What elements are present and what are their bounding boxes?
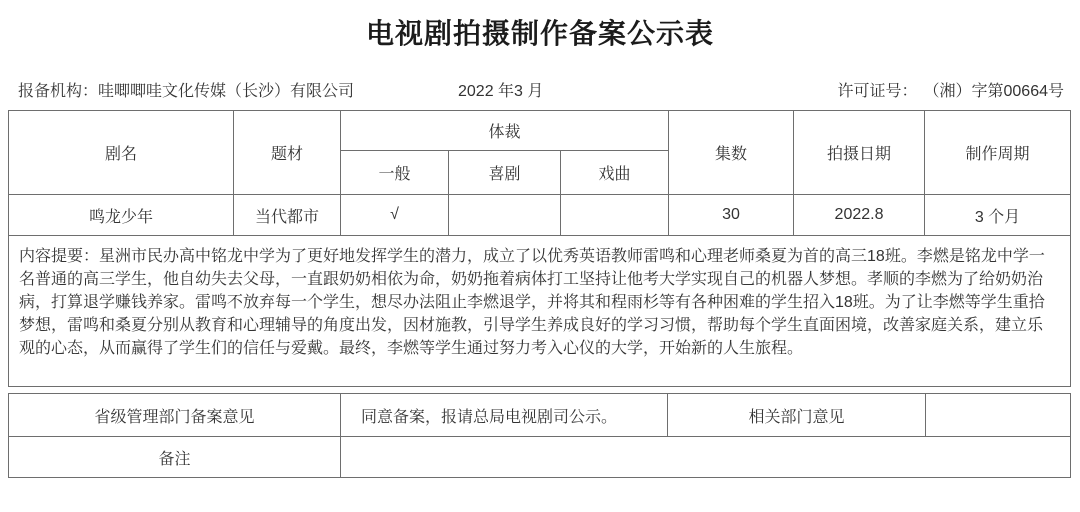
cell-genre-comedy [449,195,561,236]
content-summary-text: 星洲市民办高中铭龙中学为了更好地发挥学生的潜力，成立了以优秀英语教师雷鸣和心理老… [19,248,1045,357]
related-department-label: 相关部门意见 [668,394,926,437]
cell-drama-name: 鸣龙少年 [9,195,234,236]
cell-genre-general-checkmark: √ [341,195,449,236]
header-episodes: 集数 [669,111,794,195]
cell-episodes: 30 [669,195,794,236]
header-drama-name: 剧名 [9,111,234,195]
opinions-table: 省级管理部门备案意见 同意备案，报请总局电视剧司公示。 相关部门意见 备注 [8,393,1071,478]
header-shooting-date: 拍摄日期 [794,111,925,195]
cell-shooting-date: 2022.8 [794,195,925,236]
license-number: 许可证号：（湘）字第00664号 [837,78,1064,101]
header-genre-comedy: 喜剧 [449,151,561,195]
main-table: 剧名 题材 体裁 集数 拍摄日期 制作周期 一般 喜剧 戏曲 鸣龙少年 当代都市… [8,110,1071,387]
table-row: 鸣龙少年 当代都市 √ 30 2022.8 3 个月 [9,195,1071,236]
cell-production-period: 3 个月 [925,195,1071,236]
provincial-opinion-label: 省级管理部门备案意见 [9,394,341,437]
header-genre-opera: 戏曲 [561,151,669,195]
reporting-agency-label: 报备机构： [18,83,98,100]
cell-subject: 当代都市 [234,195,341,236]
header-genre: 体裁 [341,111,669,151]
header-production-period: 制作周期 [925,111,1071,195]
cell-genre-opera [561,195,669,236]
license-value: （湘）字第00664号 [932,83,1065,100]
content-summary-cell: 内容提要：星洲市民办高中铭龙中学为了更好地发挥学生的潜力，成立了以优秀英语教师雷… [9,236,1071,387]
header-subject: 题材 [234,111,341,195]
page-title: 电视剧拍摄制作备案公示表 [0,12,1080,52]
reporting-agency: 报备机构：哇唧唧哇文化传媒（长沙）有限公司 [18,78,354,101]
header-genre-general: 一般 [341,151,449,195]
provincial-opinion-value: 同意备案，报请总局电视剧司公示。 [341,394,668,437]
meta-row: 报备机构：哇唧唧哇文化传媒（长沙）有限公司 2022 年3 月 许可证号：（湘）… [0,78,1080,100]
license-label: 许可证号： [837,83,917,100]
related-department-value [926,394,1071,437]
remarks-value [341,437,1071,478]
filing-date: 2022 年3 月 [458,78,543,101]
remarks-label: 备注 [9,437,341,478]
reporting-agency-value: 哇唧唧哇文化传媒（长沙）有限公司 [98,83,354,100]
content-summary-label: 内容提要： [19,248,99,265]
